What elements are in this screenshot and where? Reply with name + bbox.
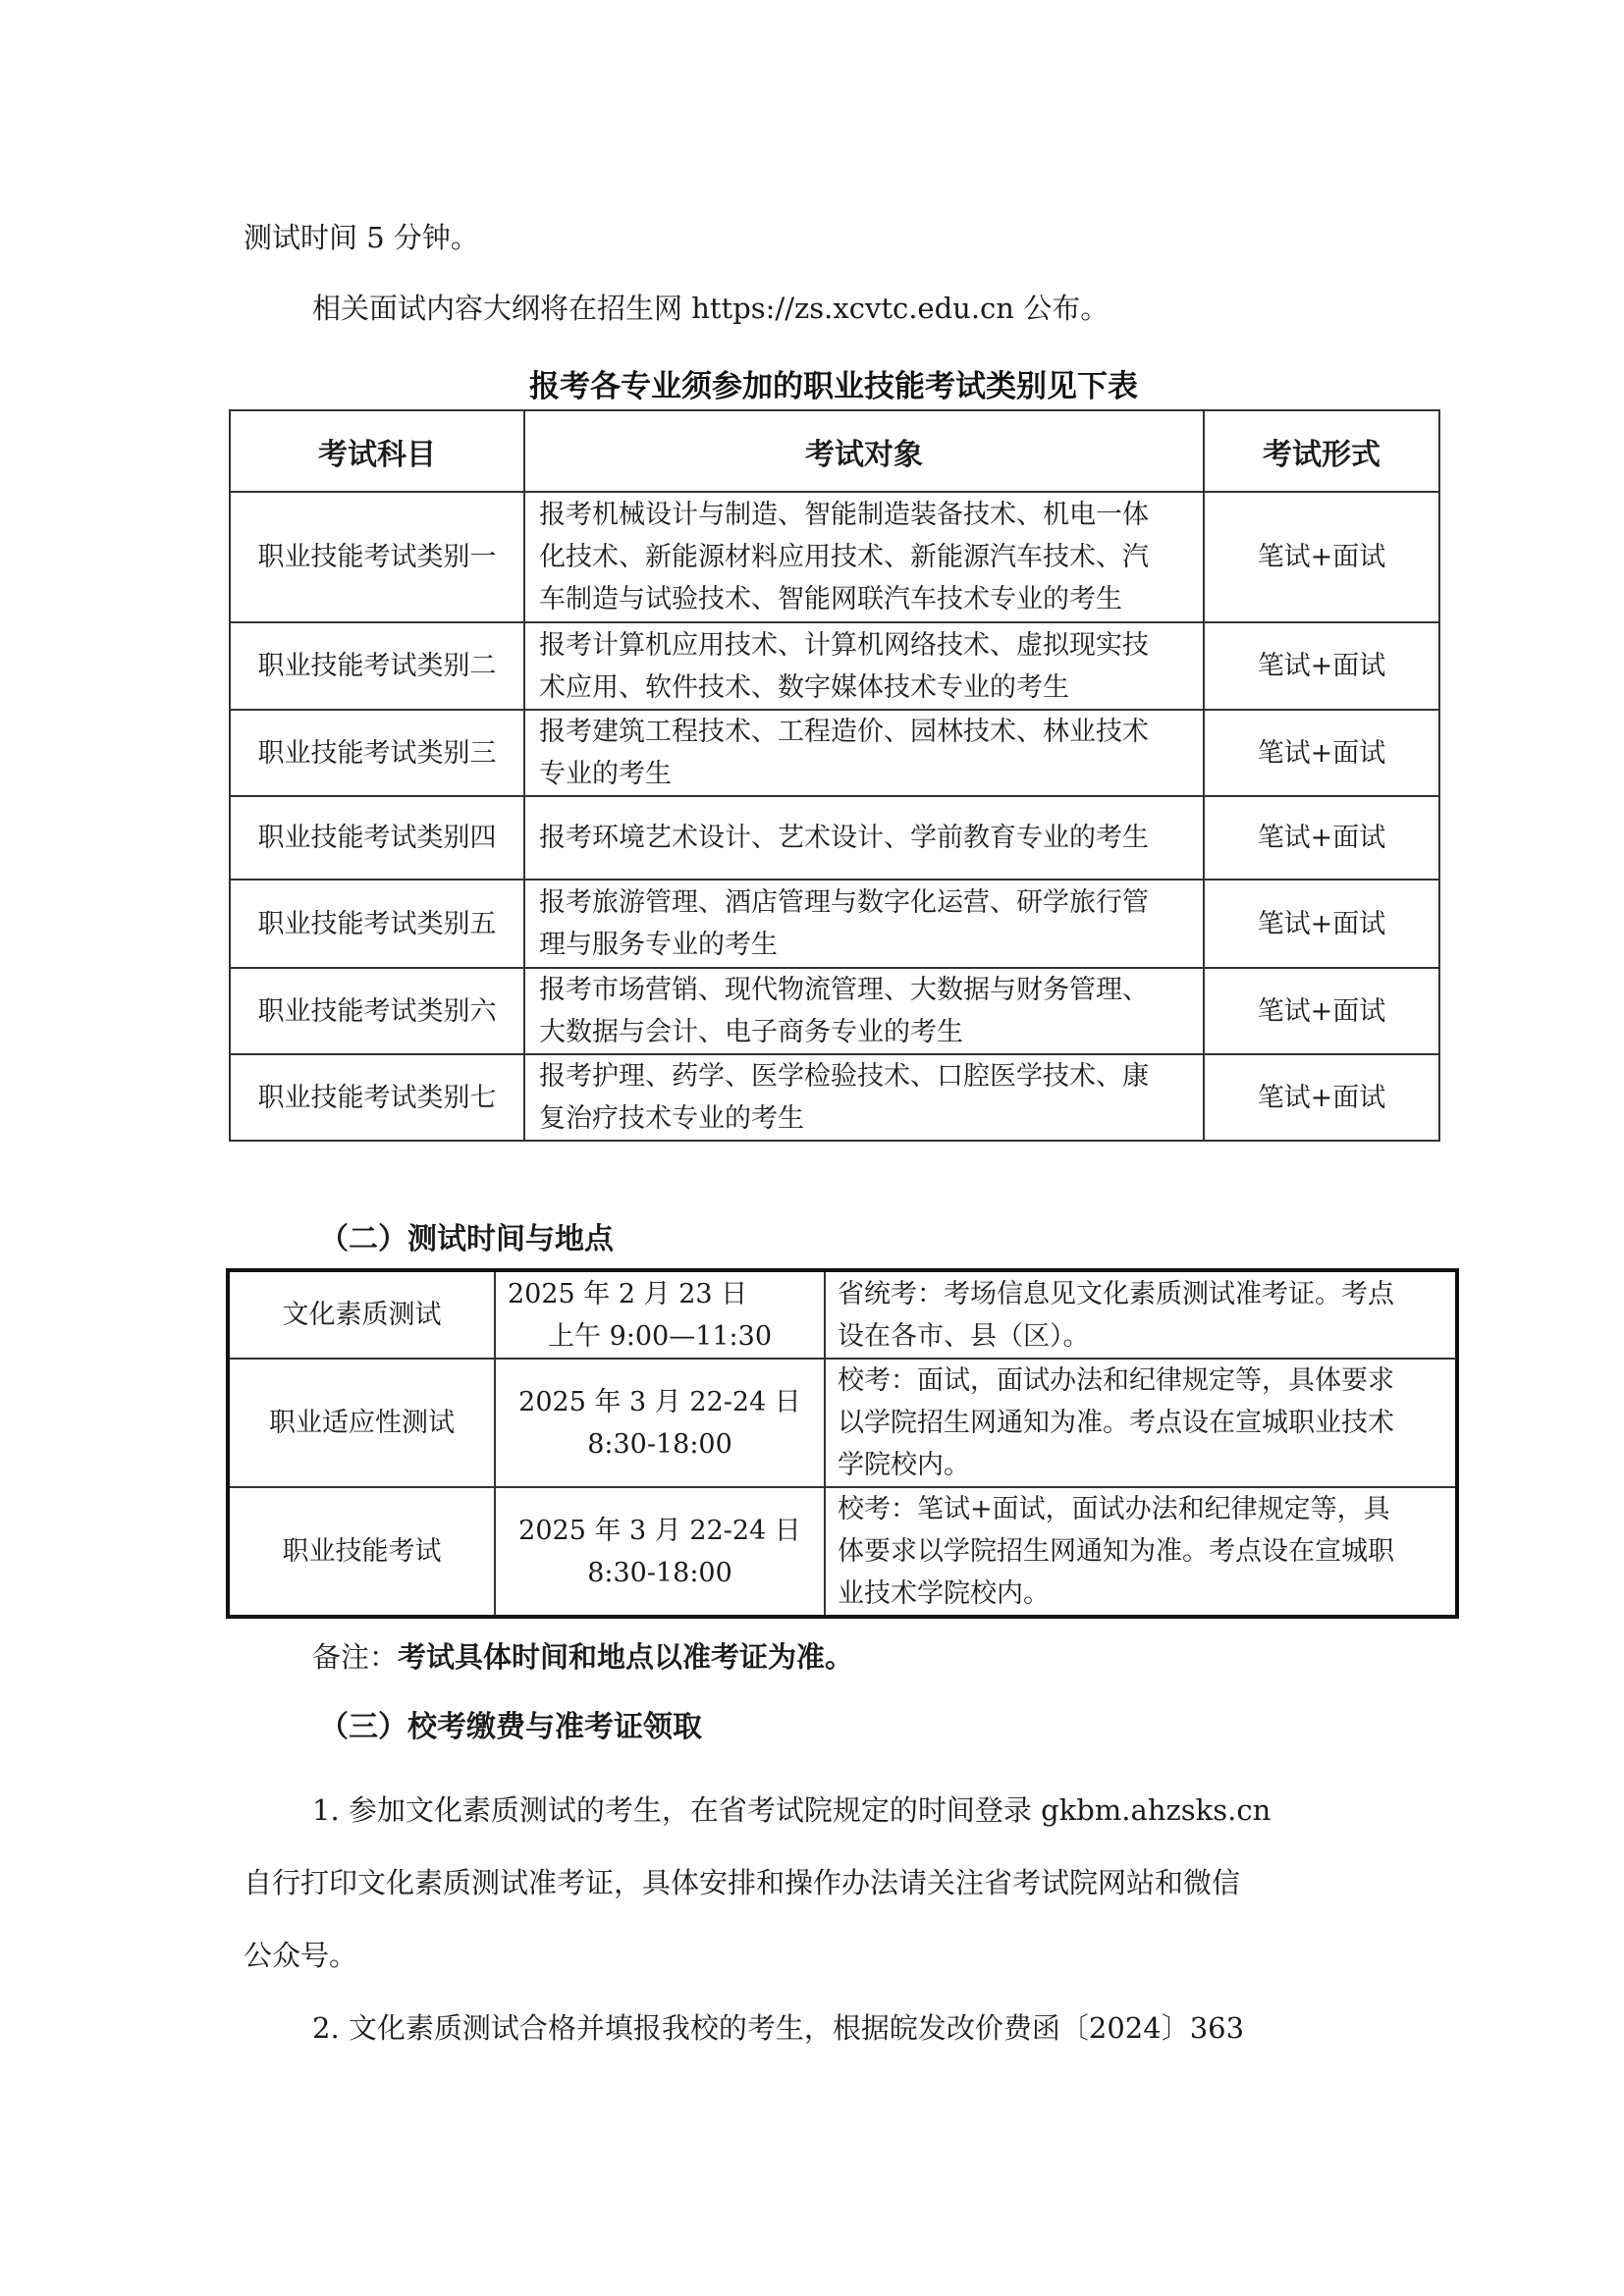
desc-line: 校考：面试，面试办法和纪律规定等，具体要求	[838, 1360, 1445, 1402]
row-target: 报考旅游管理、酒店管理与数字化运营、研学旅行管 理与服务专业的考生	[524, 880, 1204, 968]
schedule-name: 职业技能考试	[228, 1487, 495, 1617]
row-form: 笔试+面试	[1204, 968, 1439, 1054]
table-row: 文化素质测试 2025 年 2 月 23 日 上午 9:00—11:30 省统考…	[228, 1270, 1457, 1359]
table-row: 职业适应性测试 2025 年 3 月 22-24 日 8:30-18:00 校考…	[228, 1359, 1457, 1487]
schedule-time: 2025 年 3 月 22-24 日 8:30-18:00	[495, 1487, 825, 1617]
row-target: 报考市场营销、现代物流管理、大数据与财务管理、 大数据与会计、电子商务专业的考生	[524, 968, 1204, 1054]
target-line: 报考环境艺术设计、艺术设计、学前教育专业的考生	[539, 817, 1193, 859]
row-target: 报考建筑工程技术、工程造价、园林技术、林业技术 专业的考生	[524, 710, 1204, 796]
time-line: 上午 9:00—11:30	[496, 1315, 824, 1358]
target-line: 复治疗技术专业的考生	[539, 1097, 1193, 1140]
time-line: 8:30-18:00	[496, 1423, 824, 1466]
schedule-time: 2025 年 3 月 22-24 日 8:30-18:00	[495, 1359, 825, 1487]
target-line: 术应用、软件技术、数字媒体技术专业的考生	[539, 667, 1193, 709]
schedule-desc: 校考：笔试+面试，面试办法和纪律规定等，具 体要求以学院招生网通知为准。考点设在…	[825, 1487, 1457, 1617]
row-target: 报考护理、药学、医学检验技术、口腔医学技术、康 复治疗技术专业的考生	[524, 1054, 1204, 1141]
row-target: 报考计算机应用技术、计算机网络技术、虚拟现实技 术应用、软件技术、数字媒体技术专…	[524, 622, 1204, 710]
row-target: 报考机械设计与制造、智能制造装备技术、机电一体 化技术、新能源材料应用技术、新能…	[524, 492, 1204, 622]
row-form: 笔试+面试	[1204, 880, 1439, 968]
time-line: 2025 年 3 月 22-24 日	[496, 1510, 824, 1552]
table-row: 职业技能考试类别四 报考环境艺术设计、艺术设计、学前教育专业的考生 笔试+面试	[230, 796, 1439, 880]
table-row: 职业技能考试类别六 报考市场营销、现代物流管理、大数据与财务管理、 大数据与会计…	[230, 968, 1439, 1054]
section2-heading: （二）测试时间与地点	[319, 1220, 614, 1259]
row-subject: 职业技能考试类别二	[230, 622, 524, 710]
schedule-desc: 校考：面试，面试办法和纪律规定等，具体要求 以学院招生网通知为准。考点设在宣城职…	[825, 1359, 1457, 1487]
note-text: 考试具体时间和地点以准考证为准。	[398, 1640, 853, 1674]
desc-line: 设在各市、县（区）。	[838, 1315, 1445, 1358]
target-line: 报考旅游管理、酒店管理与数字化运营、研学旅行管	[539, 881, 1193, 924]
target-line: 报考机械设计与制造、智能制造装备技术、机电一体	[539, 494, 1193, 536]
time-line: 2025 年 2 月 23 日	[496, 1273, 824, 1315]
note-label: 备注：	[312, 1640, 398, 1674]
row-subject: 职业技能考试类别七	[230, 1054, 524, 1141]
item1-line3: 公众号。	[244, 1936, 357, 1975]
row-subject: 职业技能考试类别一	[230, 492, 524, 622]
target-line: 报考市场营销、现代物流管理、大数据与财务管理、	[539, 969, 1193, 1011]
table-row: 职业技能考试 2025 年 3 月 22-24 日 8:30-18:00 校考：…	[228, 1487, 1457, 1617]
row-subject: 职业技能考试类别六	[230, 968, 524, 1054]
schedule-name: 文化素质测试	[228, 1270, 495, 1359]
row-subject: 职业技能考试类别五	[230, 880, 524, 968]
row-subject: 职业技能考试类别四	[230, 796, 524, 880]
desc-line: 省统考：考场信息见文化素质测试准考证。考点	[838, 1273, 1445, 1315]
target-line: 车制造与试验技术、智能网联汽车技术专业的考生	[539, 578, 1193, 620]
desc-line: 业技术学院校内。	[838, 1573, 1445, 1615]
paragraph-interview-outline: 相关面试内容大纲将在招生网 https://zs.xcvtc.edu.cn 公布…	[312, 289, 1109, 328]
exam-category-table: 考试科目 考试对象 考试形式 职业技能考试类别一 报考机械设计与制造、智能制造装…	[229, 409, 1440, 1142]
row-form: 笔试+面试	[1204, 622, 1439, 710]
row-form: 笔试+面试	[1204, 710, 1439, 796]
table-row: 职业技能考试类别七 报考护理、药学、医学检验技术、口腔医学技术、康 复治疗技术专…	[230, 1054, 1439, 1141]
desc-line: 以学院招生网通知为准。考点设在宣城职业技术	[838, 1402, 1445, 1444]
row-form: 笔试+面试	[1204, 1054, 1439, 1141]
target-line: 理与服务专业的考生	[539, 924, 1193, 966]
table-row: 职业技能考试类别二 报考计算机应用技术、计算机网络技术、虚拟现实技 术应用、软件…	[230, 622, 1439, 710]
header-target: 考试对象	[524, 410, 1204, 492]
section3-heading: （三）校考缴费与准考证领取	[319, 1708, 702, 1747]
row-form: 笔试+面试	[1204, 796, 1439, 880]
table-row: 职业技能考试类别五 报考旅游管理、酒店管理与数字化运营、研学旅行管 理与服务专业…	[230, 880, 1439, 968]
schedule-desc: 省统考：考场信息见文化素质测试准考证。考点 设在各市、县（区）。	[825, 1270, 1457, 1359]
paragraph-test-duration: 测试时间 5 分钟。	[244, 218, 479, 257]
target-line: 大数据与会计、电子商务专业的考生	[539, 1011, 1193, 1053]
target-line: 化技术、新能源材料应用技术、新能源汽车技术、汽	[539, 536, 1193, 578]
target-line: 报考计算机应用技术、计算机网络技术、虚拟现实技	[539, 624, 1193, 667]
time-line: 2025 年 3 月 22-24 日	[496, 1381, 824, 1423]
target-line: 报考护理、药学、医学检验技术、口腔医学技术、康	[539, 1055, 1193, 1097]
row-subject: 职业技能考试类别三	[230, 710, 524, 796]
note: 备注：考试具体时间和地点以准考证为准。	[312, 1637, 853, 1677]
table-header-row: 考试科目 考试对象 考试形式	[230, 410, 1439, 492]
target-line: 报考建筑工程技术、工程造价、园林技术、林业技术	[539, 711, 1193, 753]
item2-line1: 2. 文化素质测试合格并填报我校的考生，根据皖发改价费函〔2024〕363	[312, 2008, 1244, 2048]
header-subject: 考试科目	[230, 410, 524, 492]
schedule-time: 2025 年 2 月 23 日 上午 9:00—11:30	[495, 1270, 825, 1359]
target-line: 专业的考生	[539, 753, 1193, 795]
schedule-name: 职业适应性测试	[228, 1359, 495, 1487]
item1-line2: 自行打印文化素质测试准考证，具体安排和操作办法请关注省考试院网站和微信	[244, 1863, 1240, 1902]
row-form: 笔试+面试	[1204, 492, 1439, 622]
desc-line: 校考：笔试+面试，面试办法和纪律规定等，具	[838, 1488, 1445, 1530]
table-row: 职业技能考试类别一 报考机械设计与制造、智能制造装备技术、机电一体 化技术、新能…	[230, 492, 1439, 622]
item1-line1: 1. 参加文化素质测试的考生，在省考试院规定的时间登录 gkbm.ahzsks.…	[312, 1790, 1271, 1830]
header-form: 考试形式	[1204, 410, 1439, 492]
desc-line: 学院校内。	[838, 1444, 1445, 1486]
row-target: 报考环境艺术设计、艺术设计、学前教育专业的考生	[524, 796, 1204, 880]
table1-caption: 报考各专业须参加的职业技能考试类别见下表	[229, 361, 1438, 405]
exam-schedule-table: 文化素质测试 2025 年 2 月 23 日 上午 9:00—11:30 省统考…	[226, 1268, 1459, 1619]
table-row: 职业技能考试类别三 报考建筑工程技术、工程造价、园林技术、林业技术 专业的考生 …	[230, 710, 1439, 796]
time-line: 8:30-18:00	[496, 1552, 824, 1594]
desc-line: 体要求以学院招生网通知为准。考点设在宣城职	[838, 1530, 1445, 1573]
